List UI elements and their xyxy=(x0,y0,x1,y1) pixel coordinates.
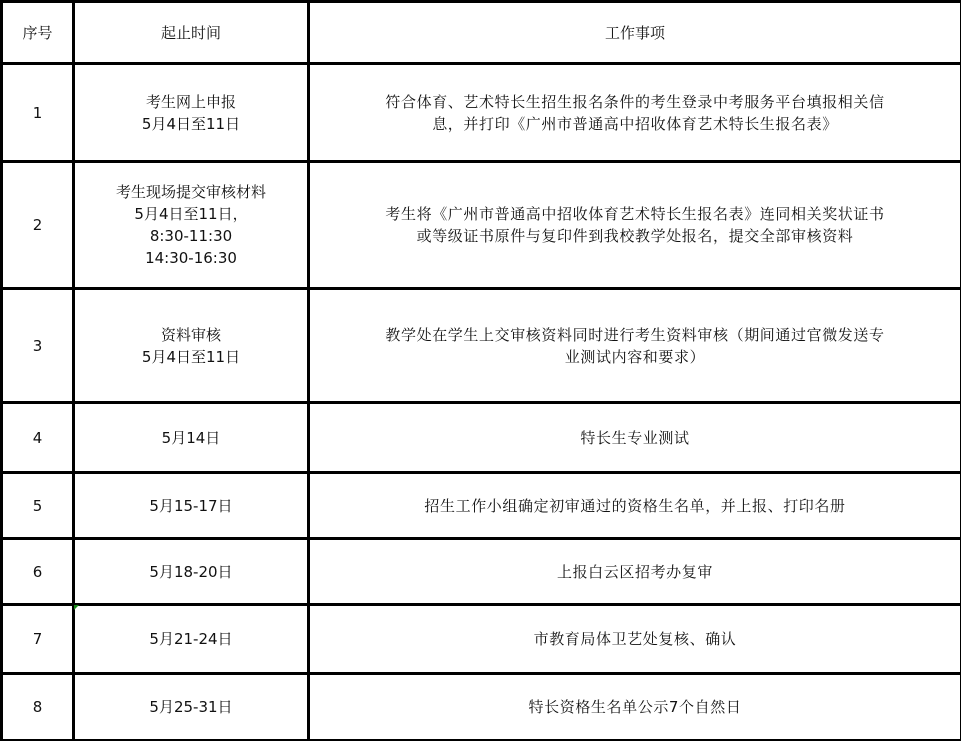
time-line: 考生现场提交审核材料 xyxy=(81,181,301,203)
row-index: 5 xyxy=(2,473,74,539)
row-time: 5月25-31日 xyxy=(74,674,309,741)
table-row: 55月15-17日招生工作小组确定初审通过的资格生名单，并上报、打印名册 xyxy=(2,473,961,539)
row-index: 3 xyxy=(2,289,74,403)
row-task: 考生将《广州市普通高中招收体育艺术特长生报名表》连同相关奖状证书或等级证书原件与… xyxy=(309,162,961,289)
header-time: 起止时间 xyxy=(74,2,309,64)
header-task: 工作事项 xyxy=(309,2,961,64)
row-task: 特长资格生名单公示7个自然日 xyxy=(309,674,961,741)
time-line: 5月4日至11日 xyxy=(81,346,301,368)
time-line: 5月14日 xyxy=(81,427,301,449)
task-line: 息，并打印《广州市普通高中招收体育艺术特长生报名表》 xyxy=(316,113,954,135)
time-line: 资料审核 xyxy=(81,324,301,346)
time-line: 5月18-20日 xyxy=(81,561,301,583)
row-index: 2 xyxy=(2,162,74,289)
task-line: 招生工作小组确定初审通过的资格生名单，并上报、打印名册 xyxy=(316,495,954,517)
row-time: 资料审核5月4日至11日 xyxy=(74,289,309,403)
row-task: 教学处在学生上交审核资料同时进行考生资料审核（期间通过官微发送专业测试内容和要求… xyxy=(309,289,961,403)
table-row: 75月21-24日市教育局体卫艺处复核、确认 xyxy=(2,605,961,674)
row-index: 7 xyxy=(2,605,74,674)
row-task: 符合体育、艺术特长生招生报名条件的考生登录中考服务平台填报相关信息，并打印《广州… xyxy=(309,64,961,162)
row-time: 考生网上申报5月4日至11日 xyxy=(74,64,309,162)
task-line: 特长生专业测试 xyxy=(316,427,954,449)
row-index: 1 xyxy=(2,64,74,162)
task-line: 业测试内容和要求） xyxy=(316,346,954,368)
row-time: 考生现场提交审核材料5月4日至11日，8:30-11:3014:30-16:30 xyxy=(74,162,309,289)
row-task: 上报白云区招考办复审 xyxy=(309,539,961,605)
time-line: 考生网上申报 xyxy=(81,91,301,113)
table-row: 2考生现场提交审核材料5月4日至11日，8:30-11:3014:30-16:3… xyxy=(2,162,961,289)
time-line: 5月15-17日 xyxy=(81,495,301,517)
row-time: 5月18-20日 xyxy=(74,539,309,605)
schedule-table: 序号 起止时间 工作事项 1考生网上申报5月4日至11日符合体育、艺术特长生招生… xyxy=(0,0,961,741)
time-line: 5月21-24日 xyxy=(81,628,301,650)
header-index: 序号 xyxy=(2,2,74,64)
task-line: 教学处在学生上交审核资料同时进行考生资料审核（期间通过官微发送专 xyxy=(316,324,954,346)
table-row: 85月25-31日特长资格生名单公示7个自然日 xyxy=(2,674,961,741)
cell-comment-marker xyxy=(74,605,79,610)
row-task: 招生工作小组确定初审通过的资格生名单，并上报、打印名册 xyxy=(309,473,961,539)
row-index: 8 xyxy=(2,674,74,741)
task-line: 特长资格生名单公示7个自然日 xyxy=(316,696,954,718)
table-row: 45月14日特长生专业测试 xyxy=(2,403,961,473)
task-line: 上报白云区招考办复审 xyxy=(316,561,954,583)
row-time: 5月21-24日 xyxy=(74,605,309,674)
row-index: 4 xyxy=(2,403,74,473)
task-line: 考生将《广州市普通高中招收体育艺术特长生报名表》连同相关奖状证书 xyxy=(316,203,954,225)
row-time: 5月15-17日 xyxy=(74,473,309,539)
task-line: 市教育局体卫艺处复核、确认 xyxy=(316,628,954,650)
task-line: 符合体育、艺术特长生招生报名条件的考生登录中考服务平台填报相关信 xyxy=(316,91,954,113)
time-line: 5月4日至11日 xyxy=(81,113,301,135)
row-task: 特长生专业测试 xyxy=(309,403,961,473)
row-index: 6 xyxy=(2,539,74,605)
task-line: 或等级证书原件与复印件到我校教学处报名，提交全部审核资料 xyxy=(316,225,954,247)
table-row: 1考生网上申报5月4日至11日符合体育、艺术特长生招生报名条件的考生登录中考服务… xyxy=(2,64,961,162)
row-time: 5月14日 xyxy=(74,403,309,473)
time-line: 8:30-11:30 xyxy=(81,225,301,247)
time-line: 14:30-16:30 xyxy=(81,247,301,269)
header-row: 序号 起止时间 工作事项 xyxy=(2,2,961,64)
table-row: 3资料审核5月4日至11日教学处在学生上交审核资料同时进行考生资料审核（期间通过… xyxy=(2,289,961,403)
time-line: 5月25-31日 xyxy=(81,696,301,718)
row-task: 市教育局体卫艺处复核、确认 xyxy=(309,605,961,674)
table-row: 65月18-20日上报白云区招考办复审 xyxy=(2,539,961,605)
time-line: 5月4日至11日， xyxy=(81,203,301,225)
